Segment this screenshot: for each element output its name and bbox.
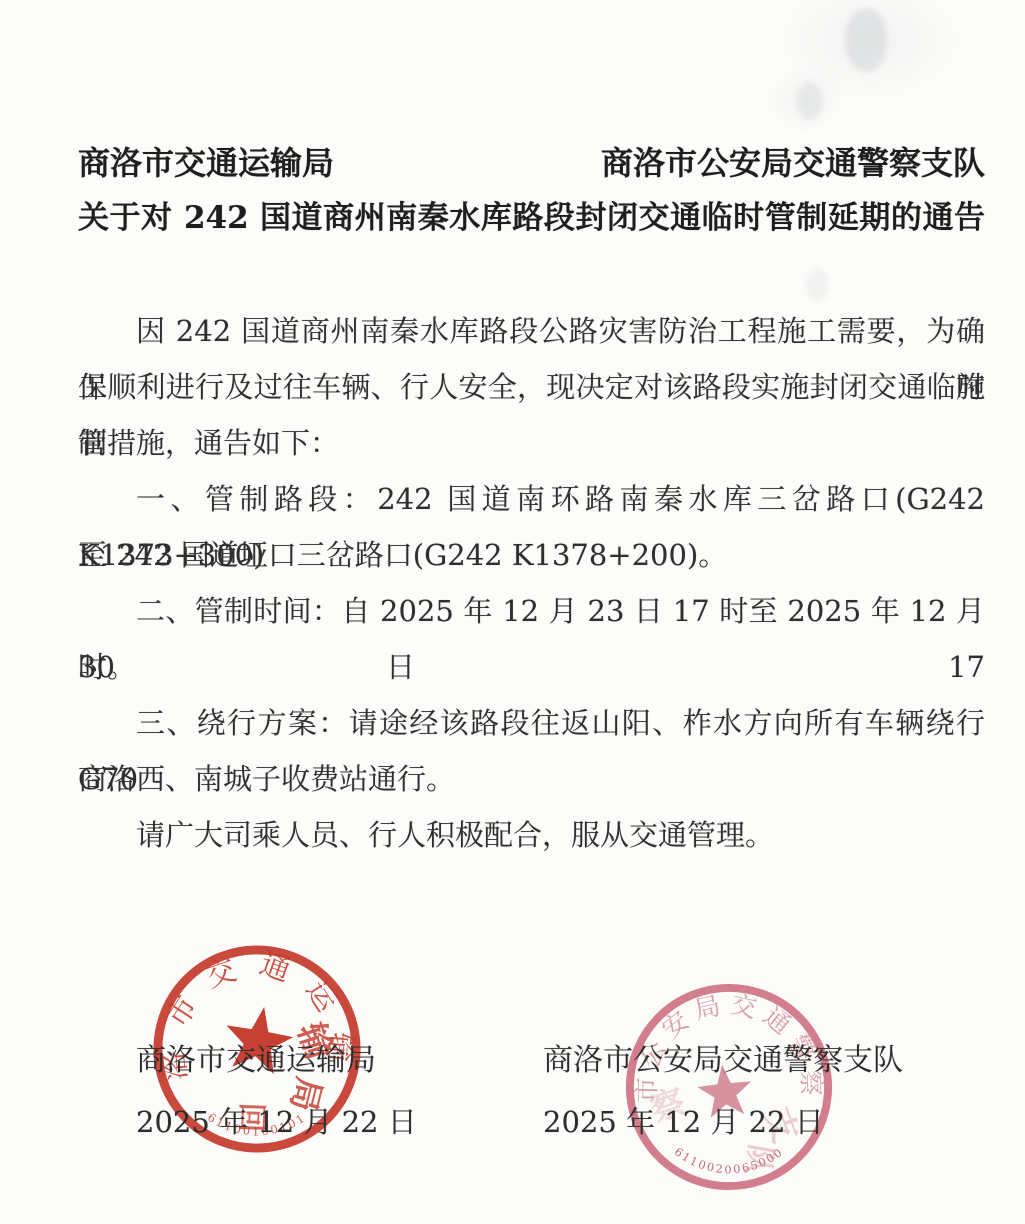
body-line: 三、绕行方案：请途经该路段往返山阳、柞水方向所有车辆绕行 G70 [78,695,985,751]
scanned-notice-page: 商洛市交通运输局 商洛市公安局交通警察支队 关于对 242 国道商州南秦水库路段… [0,0,1025,1224]
body-line: 至 242 国道垭口三岔路口(G242 K1378+200)。 [78,527,985,583]
seal-overprint-char: 队 [738,1142,780,1180]
signature-date-left: 2025 年 12 月 22 日 [136,1102,417,1142]
document-title: 关于对 242 国道商州南秦水库路段封闭交通临时管制延期的通告 [78,198,985,238]
signature-agency-left: 商洛市交通运输局 [136,1041,417,1081]
header-left-agency: 商洛市交通运输局 [78,143,334,183]
notice-body: 因 242 国道商州南秦水库路段公路灾害防治工程施工需要，为确保施工顺利进行及过… [78,303,985,863]
signature-agency-right: 商洛市公安局交通警察支队 [543,1041,903,1081]
scan-smudge [845,8,887,72]
body-line: 因 242 国道商州南秦水库路段公路灾害防治工程施工需要，为确保施 [78,303,985,359]
signature-date-right: 2025 年 12 月 22 日 [543,1102,903,1142]
scan-smudge [797,82,823,120]
header-right-agency: 商洛市公安局交通警察支队 [601,143,985,183]
signature-block-transport-bureau: 商洛市交通运输局 2025 年 12 月 22 日 [136,1041,417,1142]
body-line: 制措施，通告如下： [78,415,985,471]
body-line: 商洛西、南城子收费站通行。 [78,751,985,807]
body-line: 工顺利进行及过往车辆、行人安全，现决定对该路段实施封闭交通临时管 [78,359,985,415]
body-line: 一、管制路段：242 国道南环路南秦水库三岔路口(G242 K1373+300) [78,471,985,527]
body-line: 请广大司乘人员、行人积极配合，服从交通管理。 [78,807,985,863]
document-header: 商洛市交通运输局 商洛市公安局交通警察支队 [78,143,985,183]
scan-smudge [806,268,828,302]
body-line: 二、管制时间：自 2025 年 12 月 23 日 17 时至 2025 年 1… [78,583,985,639]
signature-block-traffic-police: 商洛市公安局交通警察支队 2025 年 12 月 22 日 [543,1041,903,1142]
